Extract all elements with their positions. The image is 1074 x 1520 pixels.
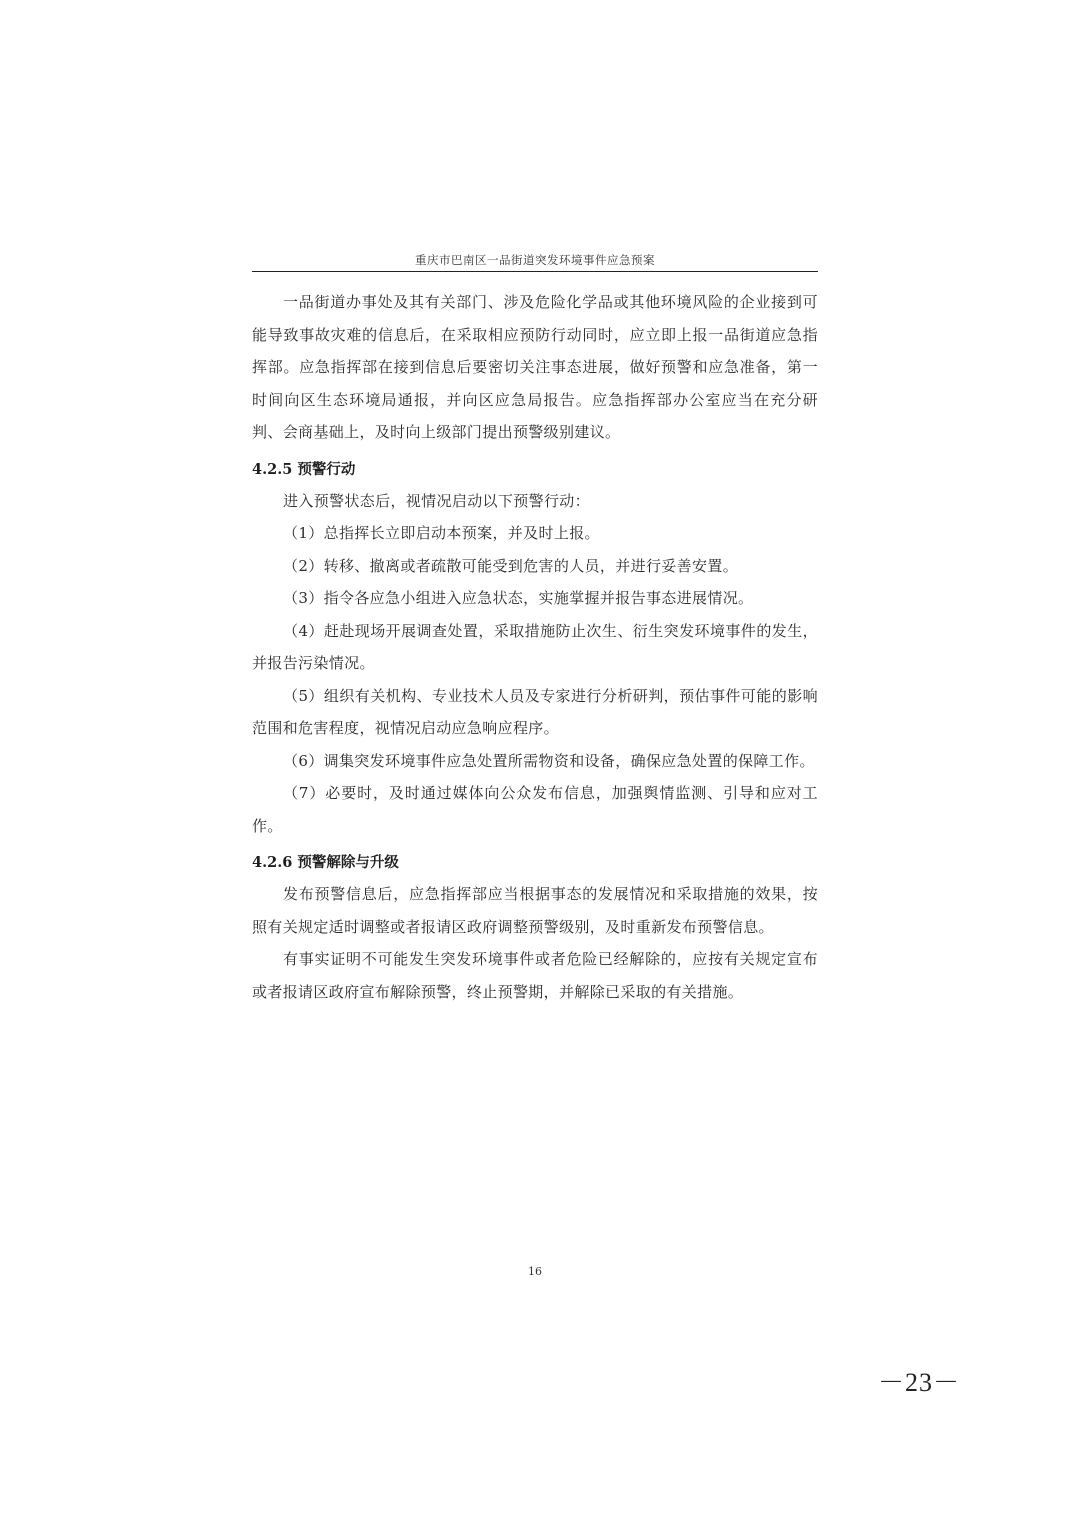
header-divider bbox=[252, 271, 818, 272]
outer-page-number: －23－ bbox=[878, 1362, 960, 1399]
section-heading-4-2-6: 4.2.6 预警解除与升级 bbox=[252, 848, 818, 878]
list-item: （5）组织有关机构、专业技术人员及专家进行分析研判，预估事件可能的影响范围和危害… bbox=[252, 680, 818, 745]
list-item: （2）转移、撤离或者疏散可能受到危害的人员，并进行妥善安置。 bbox=[252, 550, 818, 583]
list-item: （3）指令各应急小组进入应急状态，实施掌握并报告事态进展情况。 bbox=[252, 582, 818, 615]
section-heading-4-2-5: 4.2.5 预警行动 bbox=[252, 455, 818, 485]
document-header-title: 重庆市巴南区一品街道突发环境事件应急预案 bbox=[252, 252, 818, 268]
list-item: （1）总指挥长立即启动本预案，并及时上报。 bbox=[252, 517, 818, 550]
intro-paragraph: 一品街道办事处及其有关部门、涉及危险化学品或其他环境风险的企业接到可能导致事故灾… bbox=[252, 286, 818, 449]
document-body: 一品街道办事处及其有关部门、涉及危险化学品或其他环境风险的企业接到可能导致事故灾… bbox=[252, 286, 818, 1008]
paragraph: 有事实证明不可能发生突发环境事件或者危险已经解除的，应按有关规定宣布或者报请区政… bbox=[252, 943, 818, 1008]
list-item: （7）必要时，及时通过媒体向公众发布信息，加强舆情监测、引导和应对工作。 bbox=[252, 777, 818, 842]
section-lead: 进入预警状态后，视情况启动以下预警行动： bbox=[252, 485, 818, 518]
list-item: （6）调集突发环境事件应急处置所需物资和设备，确保应急处置的保障工作。 bbox=[252, 745, 818, 778]
paragraph: 发布预警信息后，应急指挥部应当根据事态的发展情况和采取措施的效果，按照有关规定适… bbox=[252, 878, 818, 943]
list-item: （4）赶赴现场开展调查处置，采取措施防止次生、衍生突发环境事件的发生，并报告污染… bbox=[252, 615, 818, 680]
inner-page-number: 16 bbox=[528, 1265, 542, 1278]
intro-line: 一品街道办事处及其有关部门、涉及危险化学品或其他环境风险的企业接到 bbox=[283, 293, 803, 311]
